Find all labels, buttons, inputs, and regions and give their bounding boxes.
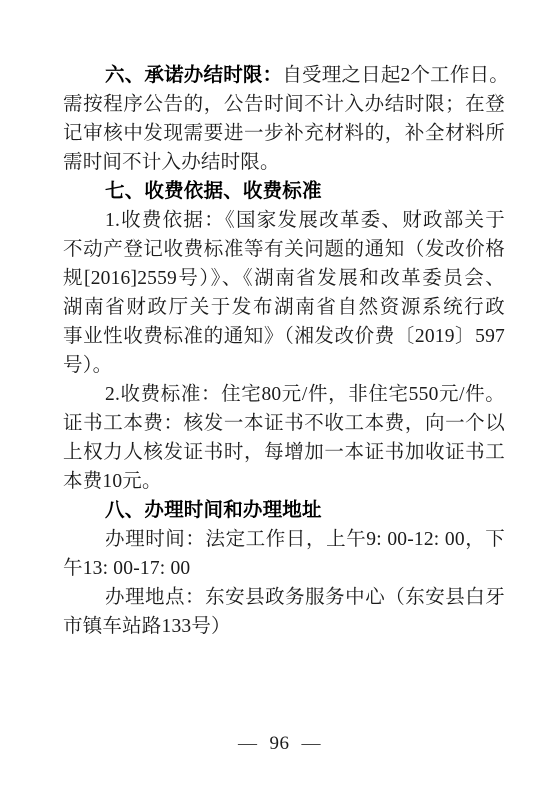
line-fee-basis: 事业性收费标准的通知》（湘发改价费〔2019〕597 xyxy=(63,322,505,351)
line-fee-standard: 本费10元。 xyxy=(63,467,505,496)
body-text: 办理时间：法定工作日，上午9: 00-12: 00，下 xyxy=(105,529,505,550)
line-office-address: 市镇车站路133号） xyxy=(63,612,505,641)
heading-text: 七、收费依据、收费标准 xyxy=(105,180,322,202)
line-office-address: 办理地点：东安县政务服务中心（东安县白牙 xyxy=(63,583,505,612)
line-fee-basis: 1.收费依据：《国家发展改革委、财政部关于 xyxy=(63,206,505,235)
document-page: 六、承诺办结时限：自受理之日起2个工作日。需按程序公告的，公告时间不计入办结时限… xyxy=(0,0,559,793)
body-text: 需按程序公告的，公告时间不计入办结时限；在登 xyxy=(63,94,505,115)
line-section6-body: 需按程序公告的，公告时间不计入办结时限；在登 xyxy=(63,90,505,119)
line-section6-body: 需时间不计入办结时限。 xyxy=(63,148,505,177)
footer-right-dash: — xyxy=(302,733,322,754)
heading-text: 八、办理时间和办理地址 xyxy=(105,499,322,521)
body-text: 记审核中发现需要进一步补充材料的，补全材料所 xyxy=(63,123,505,144)
body-text: 本费10元。 xyxy=(63,471,162,492)
body-text: 自受理之日起2个工作日。 xyxy=(282,65,509,86)
line-fee-basis: 规[2016]2559号）》、《湖南省发展和改革委员会、 xyxy=(63,264,505,293)
body-text: 上权力人核发证书时，每增加一本证书加收证书工 xyxy=(63,442,505,463)
body-text: 不动产登记收费标准等有关问题的通知（发改价格 xyxy=(63,239,505,260)
line-section8-heading: 八、办理时间和办理地址 xyxy=(63,496,505,525)
line-fee-basis: 湖南省财政厅关于发布湖南省自然资源系统行政 xyxy=(63,293,505,322)
body-text: 市镇车站路133号） xyxy=(63,616,231,637)
line-section6-body: 记审核中发现需要进一步补充材料的，补全材料所 xyxy=(63,119,505,148)
document-body: 六、承诺办结时限：自受理之日起2个工作日。需按程序公告的，公告时间不计入办结时限… xyxy=(63,61,505,641)
body-text: 需时间不计入办结时限。 xyxy=(63,152,280,173)
line-office-hours: 办理时间：法定工作日，上午9: 00-12: 00，下 xyxy=(63,525,505,554)
body-text: 办理地点：东安县政务服务中心（东安县白牙 xyxy=(105,587,505,608)
body-text: 规[2016]2559号）》、《湖南省发展和改革委员会、 xyxy=(63,268,505,289)
line-fee-standard: 证书工本费：核发一本证书不收工本费，向一个以 xyxy=(63,409,505,438)
body-text: 号）。 xyxy=(63,355,112,376)
body-text: 2.收费标准：住宅80元/件，非住宅550元/件。 xyxy=(105,384,505,405)
line-fee-standard: 上权力人核发证书时，每增加一本证书加收证书工 xyxy=(63,438,505,467)
line-section6-heading: 六、承诺办结时限：自受理之日起2个工作日。 xyxy=(63,61,505,90)
body-text: 事业性收费标准的通知》（湘发改价费〔2019〕597 xyxy=(63,326,505,347)
line-section7-heading: 七、收费依据、收费标准 xyxy=(63,177,505,206)
line-fee-standard: 2.收费标准：住宅80元/件，非住宅550元/件。 xyxy=(63,380,505,409)
footer-left-dash: — xyxy=(238,733,258,754)
page-number: 96 xyxy=(270,733,290,754)
body-text: 午13: 00-17: 00 xyxy=(63,558,190,579)
line-fee-basis: 号）。 xyxy=(63,351,505,380)
heading-text: 六、承诺办结时限： xyxy=(105,64,282,86)
body-text: 湖南省财政厅关于发布湖南省自然资源系统行政 xyxy=(63,297,505,318)
line-fee-basis: 不动产登记收费标准等有关问题的通知（发改价格 xyxy=(63,235,505,264)
line-office-hours: 午13: 00-17: 00 xyxy=(63,554,505,583)
body-text: 证书工本费：核发一本证书不收工本费，向一个以 xyxy=(63,413,505,434)
body-text: 1.收费依据：《国家发展改革委、财政部关于 xyxy=(105,210,505,231)
page-footer: —96— xyxy=(0,733,559,755)
